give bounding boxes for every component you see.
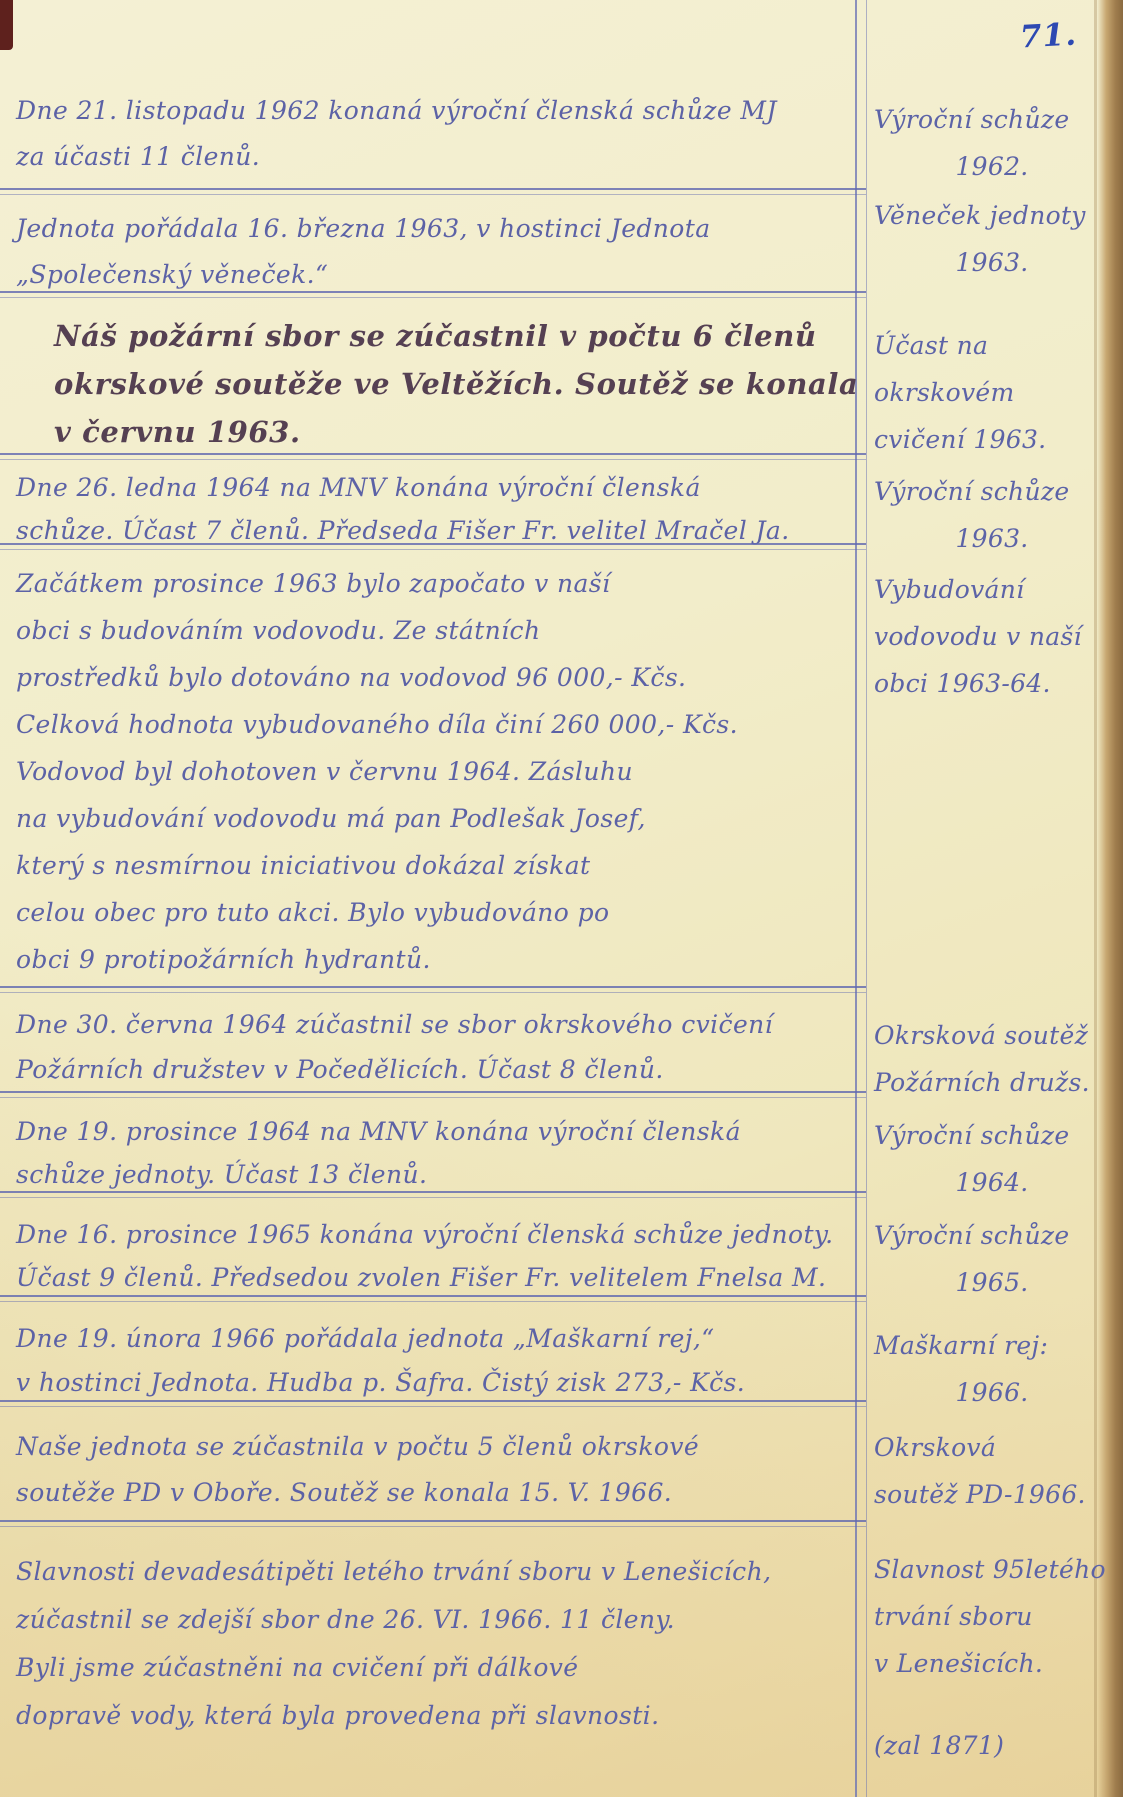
margin-note-line: Výroční schůze [874, 96, 1110, 143]
column-rule-vertical [855, 0, 857, 1797]
entry-line: Začátkem prosince 1963 bylo započato v n… [16, 560, 852, 607]
entry-line: Dne 19. prosince 1964 na MNV konána výro… [16, 1110, 852, 1153]
margin-note-line: soutěž PD-1966. [874, 1471, 1110, 1518]
margin-note-line: (zal 1871) [874, 1722, 1110, 1769]
entry-separator-line [0, 543, 866, 550]
entry-line: v červnu 1963. [54, 408, 890, 456]
log-entry: Jednota pořádala 16. března 1963, v host… [16, 206, 852, 298]
entry-separator-line [0, 1520, 866, 1527]
margin-note: Vybudování vodovodu v naší obci 1963-64. [874, 566, 1110, 707]
margin-note-line: v Lenešicích. [874, 1640, 1110, 1687]
margin-note-line: 1965. [874, 1259, 1110, 1306]
margin-note-line: obci 1963-64. [874, 660, 1110, 707]
margin-note-line: 1963. [874, 239, 1110, 286]
entry-line: celou obec pro tuto akci. Bylo vybudován… [16, 889, 852, 936]
entry-separator-line [0, 1091, 866, 1098]
margin-note-line: Okrsková [874, 1424, 1110, 1471]
entry-separator-line [0, 291, 866, 298]
margin-note-line: Výroční schůze [874, 468, 1110, 515]
entry-line: Naše jednota se zúčastnila v počtu 5 čle… [16, 1424, 852, 1470]
chronicle-page: 71. Dne 21. listopadu 1962 konaná výročn… [0, 0, 1123, 1797]
margin-note-line: cvičení 1963. [874, 416, 1110, 463]
margin-note: (zal 1871) [874, 1722, 1110, 1769]
log-entry: Dne 26. ledna 1964 na MNV konána výroční… [16, 466, 852, 552]
entry-separator-line [0, 1295, 866, 1302]
entry-line: Účast 9 členů. Předsedou zvolen Fišer Fr… [16, 1256, 852, 1299]
margin-note: Výroční schůze 1962. [874, 96, 1110, 190]
margin-note-line: 1966. [874, 1369, 1110, 1416]
margin-note: Věneček jednoty 1963. [874, 192, 1110, 286]
margin-note-line: 1964. [874, 1159, 1110, 1206]
entry-separator-line [0, 188, 866, 195]
entry-line: obci s budováním vodovodu. Ze státních [16, 607, 852, 654]
margin-note-line: Výroční schůze [874, 1212, 1110, 1259]
margin-note-line: Požárních družs. [874, 1059, 1110, 1106]
entry-line: zúčastnil se zdejší sbor dne 26. VI. 196… [16, 1596, 852, 1644]
margin-note: Výroční schůze 1963. [874, 468, 1110, 562]
entry-line: v hostinci Jednota. Hudba p. Šafra. Čist… [16, 1361, 852, 1405]
log-entry: Dne 19. prosince 1964 na MNV konána výro… [16, 1110, 852, 1196]
margin-note-line: Slavnost 95letého [874, 1546, 1110, 1593]
margin-note-line: 1963. [874, 515, 1110, 562]
entry-line: prostředků bylo dotováno na vodovod 96 0… [16, 654, 852, 701]
margin-note-line: Věneček jednoty [874, 192, 1110, 239]
entry-line: Dne 19. února 1966 pořádala jednota „Maš… [16, 1317, 852, 1361]
entry-line: Jednota pořádala 16. března 1963, v host… [16, 206, 852, 252]
log-entry: Naše jednota se zúčastnila v počtu 5 čle… [16, 1424, 852, 1516]
entry-line: Dne 30. června 1964 zúčastnil se sbor ok… [16, 1002, 852, 1047]
entry-line: Celková hodnota vybudovaného díla činí 2… [16, 701, 852, 748]
log-entry: Dne 16. prosince 1965 konána výroční čle… [16, 1213, 852, 1299]
log-entry: Začátkem prosince 1963 bylo započato v n… [16, 560, 852, 983]
entry-line: Slavnosti devadesátipěti letého trvání s… [16, 1548, 852, 1596]
page-number: 71. [1019, 17, 1078, 56]
margin-note: Okrsková soutěž Požárních družs. [874, 1012, 1110, 1106]
entry-line: dopravě vody, která byla provedena při s… [16, 1692, 852, 1740]
log-entry: Dne 21. listopadu 1962 konaná výroční čl… [16, 88, 852, 180]
entry-separator-line [0, 453, 866, 460]
entry-line: který s nesmírnou iniciativou dokázal zí… [16, 842, 852, 889]
scan-corner-artifact [0, 0, 13, 50]
margin-note-line: vodovodu v naší [874, 613, 1110, 660]
entry-line: Dne 16. prosince 1965 konána výroční čle… [16, 1213, 852, 1256]
margin-note-line: okrskovém [874, 369, 1110, 416]
margin-note-line: Okrsková soutěž [874, 1012, 1110, 1059]
entry-line: soutěže PD v Oboře. Soutěž se konala 15.… [16, 1470, 852, 1516]
margin-note: Slavnost 95letého trvání sboru v Lenešic… [874, 1546, 1110, 1687]
margin-note-line: Maškarní rej: [874, 1322, 1110, 1369]
entry-line: schůze jednoty. Účast 13 členů. [16, 1153, 852, 1196]
log-entry: Slavnosti devadesátipěti letého trvání s… [16, 1548, 852, 1740]
log-entry: Náš požární sbor se zúčastnil v počtu 6 … [16, 312, 890, 456]
entry-line: Náš požární sbor se zúčastnil v počtu 6 … [54, 312, 890, 360]
margin-note: Maškarní rej: 1966. [874, 1322, 1110, 1416]
entry-separator-line [0, 1191, 866, 1198]
entry-line: na vybudování vodovodu má pan Podlešak J… [16, 795, 852, 842]
entry-line: Byli jsme zúčastněni na cvičení při dálk… [16, 1644, 852, 1692]
entry-line: Vodovod byl dohotoven v červnu 1964. Zás… [16, 748, 852, 795]
margin-note: Výroční schůze 1964. [874, 1112, 1110, 1206]
log-entry: Dne 30. června 1964 zúčastnil se sbor ok… [16, 1002, 852, 1092]
entry-separator-line [0, 986, 866, 993]
entry-line: Požárních družstev v Počedělicích. Účast… [16, 1047, 852, 1092]
entry-separator-line [0, 1400, 866, 1407]
margin-note: Účast na okrskovém cvičení 1963. [874, 322, 1110, 463]
entry-line: Dne 26. ledna 1964 na MNV konána výroční… [16, 466, 852, 509]
margin-note-line: 1962. [874, 143, 1110, 190]
margin-note: Výroční schůze 1965. [874, 1212, 1110, 1306]
entry-line: obci 9 protipožárních hydrantů. [16, 936, 852, 983]
margin-note-line: Vybudování [874, 566, 1110, 613]
column-rule-vertical-inner [866, 0, 867, 1797]
margin-note: Okrsková soutěž PD-1966. [874, 1424, 1110, 1518]
entry-line: okrskové soutěže ve Veltěžích. Soutěž se… [54, 360, 890, 408]
entry-line: Dne 21. listopadu 1962 konaná výroční čl… [16, 88, 852, 134]
entry-line: za účasti 11 členů. [16, 134, 852, 180]
margin-note-line: trvání sboru [874, 1593, 1110, 1640]
log-entry: Dne 19. února 1966 pořádala jednota „Maš… [16, 1317, 852, 1405]
margin-note-line: Účast na [874, 322, 1110, 369]
margin-note-line: Výroční schůze [874, 1112, 1110, 1159]
